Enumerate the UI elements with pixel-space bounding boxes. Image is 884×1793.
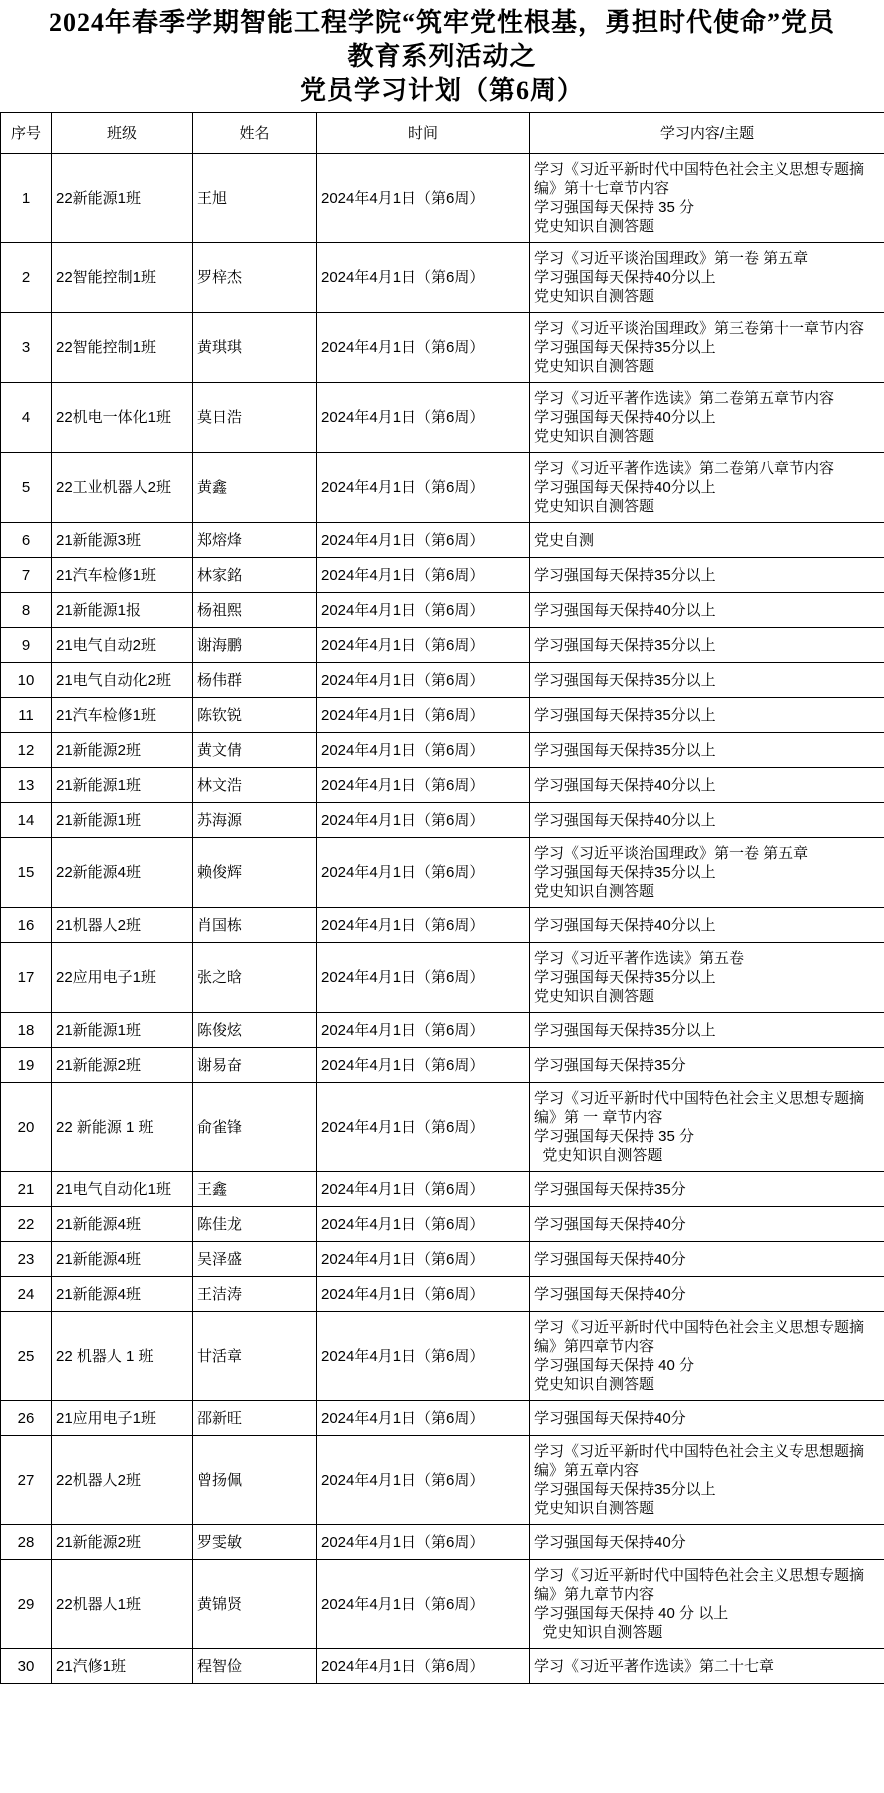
cell-class: 21新能源2班 [52, 733, 193, 768]
cell-class: 21机器人2班 [52, 908, 193, 943]
cell-class: 22智能控制1班 [52, 243, 193, 313]
table-row: 20 22 新能源 1 班 俞雀锋 2024年4月1日（第6周） 学习《习近平新… [1, 1083, 884, 1172]
content-line: 党史知识自测答题 [534, 217, 880, 236]
cell-name: 赖俊辉 [193, 838, 317, 908]
cell-class: 22 新能源 1 班 [52, 1083, 193, 1172]
content-line: 党史知识自测答题 [534, 497, 880, 516]
content-line: 学习《习近平著作选读》第二十七章 [534, 1657, 880, 1676]
cell-name: 罗雯敏 [193, 1525, 317, 1560]
cell-content: 学习强国每天保持35分以上 [530, 1013, 884, 1048]
table-row: 25 22 机器人 1 班 甘活章 2024年4月1日（第6周） 学习《习近平新… [1, 1312, 884, 1401]
cell-time: 2024年4月1日（第6周） [317, 1436, 530, 1525]
cell-class: 21新能源2班 [52, 1525, 193, 1560]
cell-class: 21电气自动化1班 [52, 1172, 193, 1207]
cell-name: 肖国栋 [193, 908, 317, 943]
cell-class: 21新能源2班 [52, 1048, 193, 1083]
content-line: 学习强国每天保持 40 分 以上 [534, 1604, 880, 1623]
cell-time: 2024年4月1日（第6周） [317, 768, 530, 803]
cell-name: 黄文倩 [193, 733, 317, 768]
cell-name: 黄鑫 [193, 453, 317, 523]
cell-time: 2024年4月1日（第6周） [317, 453, 530, 523]
content-line: 学习强国每天保持35分 [534, 1180, 880, 1199]
cell-content: 学习《习近平著作选读》第二十七章 [530, 1649, 884, 1684]
content-line: 学习《习近平谈治国理政》第一卷 第五章 [534, 249, 880, 268]
header-class: 班级 [52, 113, 193, 154]
cell-name: 莫日浩 [193, 383, 317, 453]
cell-time: 2024年4月1日（第6周） [317, 1207, 530, 1242]
content-line: 党史知识自测答题 [534, 1499, 880, 1518]
cell-class: 22机电一体化1班 [52, 383, 193, 453]
cell-index: 18 [1, 1013, 52, 1048]
cell-index: 5 [1, 453, 52, 523]
cell-class: 21新能源1班 [52, 803, 193, 838]
content-line: 学习强国每天保持40分以上 [534, 478, 880, 497]
cell-class: 22新能源4班 [52, 838, 193, 908]
cell-index: 14 [1, 803, 52, 838]
cell-content: 学习强国每天保持40分以上 [530, 908, 884, 943]
table-row: 21 21电气自动化1班 王鑫 2024年4月1日（第6周） 学习强国每天保持3… [1, 1172, 884, 1207]
cell-index: 15 [1, 838, 52, 908]
cell-name: 陈佳龙 [193, 1207, 317, 1242]
cell-content: 学习《习近平著作选读》第五卷学习强国每天保持35分以上党史知识自测答题 [530, 943, 884, 1013]
cell-time: 2024年4月1日（第6周） [317, 803, 530, 838]
cell-class: 21新能源1班 [52, 1013, 193, 1048]
cell-time: 2024年4月1日（第6周） [317, 908, 530, 943]
cell-class: 21电气自动2班 [52, 628, 193, 663]
content-line: 学习强国每天保持40分 [534, 1250, 880, 1269]
cell-index: 13 [1, 768, 52, 803]
content-line: 学习强国每天保持 35 分 [534, 198, 880, 217]
cell-time: 2024年4月1日（第6周） [317, 1048, 530, 1083]
table-row: 3 22智能控制1班 黄琪琪 2024年4月1日（第6周） 学习《习近平谈治国理… [1, 313, 884, 383]
content-line: 学习强国每天保持35分 [534, 1056, 880, 1075]
cell-name: 王旭 [193, 154, 317, 243]
cell-content: 学习强国每天保持40分 [530, 1207, 884, 1242]
cell-index: 12 [1, 733, 52, 768]
cell-class: 22机器人2班 [52, 1436, 193, 1525]
content-line: 党史知识自测答题 [534, 882, 880, 901]
cell-content: 学习强国每天保持40分 [530, 1242, 884, 1277]
cell-index: 25 [1, 1312, 52, 1401]
content-line: 学习《习近平著作选读》第二卷第五章节内容 [534, 389, 880, 408]
table-row: 16 21机器人2班 肖国栋 2024年4月1日（第6周） 学习强国每天保持40… [1, 908, 884, 943]
content-line: 学习强国每天保持40分以上 [534, 601, 880, 620]
cell-name: 陈钦锐 [193, 698, 317, 733]
cell-content: 学习《习近平新时代中国特色社会主义思想专题摘编》第九章节内容学习强国每天保持 4… [530, 1560, 884, 1649]
cell-class: 22机器人1班 [52, 1560, 193, 1649]
content-line: 学习强国每天保持40分以上 [534, 916, 880, 935]
table-body: 1 22新能源1班 王旭 2024年4月1日（第6周） 学习《习近平新时代中国特… [1, 154, 884, 1684]
cell-time: 2024年4月1日（第6周） [317, 154, 530, 243]
table-row: 30 21汽修1班 程智俭 2024年4月1日（第6周） 学习《习近平著作选读》… [1, 1649, 884, 1684]
cell-content: 学习《习近平著作选读》第二卷第八章节内容学习强国每天保持40分以上党史知识自测答… [530, 453, 884, 523]
table-row: 28 21新能源2班 罗雯敏 2024年4月1日（第6周） 学习强国每天保持40… [1, 1525, 884, 1560]
table-row: 22 21新能源4班 陈佳龙 2024年4月1日（第6周） 学习强国每天保持40… [1, 1207, 884, 1242]
cell-content: 学习《习近平谈治国理政》第一卷 第五章学习强国每天保持40分以上党史知识自测答题 [530, 243, 884, 313]
cell-time: 2024年4月1日（第6周） [317, 313, 530, 383]
cell-index: 29 [1, 1560, 52, 1649]
title-line-3: 党员学习计划（第6周） [4, 74, 880, 108]
content-line: 学习强国每天保持 40 分 [534, 1356, 880, 1375]
cell-name: 谢易奋 [193, 1048, 317, 1083]
cell-index: 3 [1, 313, 52, 383]
cell-class: 22工业机器人2班 [52, 453, 193, 523]
content-line: 学习强国每天保持35分以上 [534, 636, 880, 655]
cell-time: 2024年4月1日（第6周） [317, 243, 530, 313]
cell-name: 曾扬佩 [193, 1436, 317, 1525]
cell-content: 学习《习近平著作选读》第二卷第五章节内容学习强国每天保持40分以上党史知识自测答… [530, 383, 884, 453]
content-line: 学习强国每天保持35分以上 [534, 968, 880, 987]
cell-content: 学习强国每天保持35分 [530, 1172, 884, 1207]
cell-index: 6 [1, 523, 52, 558]
cell-name: 陈俊炫 [193, 1013, 317, 1048]
cell-index: 23 [1, 1242, 52, 1277]
table-row: 14 21新能源1班 苏海源 2024年4月1日（第6周） 学习强国每天保持40… [1, 803, 884, 838]
cell-time: 2024年4月1日（第6周） [317, 1649, 530, 1684]
table-row: 5 22工业机器人2班 黄鑫 2024年4月1日（第6周） 学习《习近平著作选读… [1, 453, 884, 523]
content-line: 学习强国每天保持35分以上 [534, 1480, 880, 1499]
table-row: 18 21新能源1班 陈俊炫 2024年4月1日（第6周） 学习强国每天保持35… [1, 1013, 884, 1048]
table-row: 9 21电气自动2班 谢海鹏 2024年4月1日（第6周） 学习强国每天保持35… [1, 628, 884, 663]
cell-index: 22 [1, 1207, 52, 1242]
content-line: 学习《习近平新时代中国特色社会主义专思想题摘编》第五章内容 [534, 1442, 880, 1480]
content-line: 党史知识自测答题 [534, 1623, 880, 1642]
content-line: 学习强国每天保持35分以上 [534, 863, 880, 882]
cell-content: 学习强国每天保持35分以上 [530, 698, 884, 733]
content-line: 党史知识自测答题 [534, 1146, 880, 1165]
content-line: 学习强国每天保持40分以上 [534, 268, 880, 287]
cell-content: 学习强国每天保持40分 [530, 1525, 884, 1560]
cell-index: 2 [1, 243, 52, 313]
cell-content: 党史自测 [530, 523, 884, 558]
header-row: 序号 班级 姓名 时间 学习内容/主题 [1, 113, 884, 154]
table-row: 17 22应用电子1班 张之晗 2024年4月1日（第6周） 学习《习近平著作选… [1, 943, 884, 1013]
cell-name: 黄锦贤 [193, 1560, 317, 1649]
cell-content: 学习强国每天保持40分以上 [530, 803, 884, 838]
content-line: 学习强国每天保持 35 分 [534, 1127, 880, 1146]
cell-time: 2024年4月1日（第6周） [317, 383, 530, 453]
cell-class: 21新能源1班 [52, 768, 193, 803]
cell-content: 学习强国每天保持35分以上 [530, 558, 884, 593]
cell-class: 22应用电子1班 [52, 943, 193, 1013]
cell-time: 2024年4月1日（第6周） [317, 523, 530, 558]
content-line: 党史知识自测答题 [534, 987, 880, 1006]
content-line: 学习《习近平著作选读》第二卷第八章节内容 [534, 459, 880, 478]
cell-index: 27 [1, 1436, 52, 1525]
cell-index: 30 [1, 1649, 52, 1684]
content-line: 学习强国每天保持35分以上 [534, 706, 880, 725]
content-line: 学习强国每天保持35分以上 [534, 1021, 880, 1040]
cell-content: 学习《习近平新时代中国特色社会主义思想专题摘编》第十七章节内容学习强国每天保持 … [530, 154, 884, 243]
cell-class: 21汽车检修1班 [52, 558, 193, 593]
cell-content: 学习强国每天保持35分以上 [530, 628, 884, 663]
table-row: 4 22机电一体化1班 莫日浩 2024年4月1日（第6周） 学习《习近平著作选… [1, 383, 884, 453]
cell-time: 2024年4月1日（第6周） [317, 1560, 530, 1649]
cell-time: 2024年4月1日（第6周） [317, 628, 530, 663]
content-line: 学习强国每天保持40分 [534, 1533, 880, 1552]
cell-class: 21电气自动化2班 [52, 663, 193, 698]
cell-index: 8 [1, 593, 52, 628]
content-line: 学习强国每天保持40分 [534, 1409, 880, 1428]
cell-name: 杨伟群 [193, 663, 317, 698]
cell-class: 21应用电子1班 [52, 1401, 193, 1436]
cell-name: 郑熔烽 [193, 523, 317, 558]
table-row: 12 21新能源2班 黄文倩 2024年4月1日（第6周） 学习强国每天保持35… [1, 733, 884, 768]
content-line: 学习《习近平著作选读》第五卷 [534, 949, 880, 968]
cell-index: 21 [1, 1172, 52, 1207]
cell-name: 张之晗 [193, 943, 317, 1013]
cell-time: 2024年4月1日（第6周） [317, 1312, 530, 1401]
table-row: 15 22新能源4班 赖俊辉 2024年4月1日（第6周） 学习《习近平谈治国理… [1, 838, 884, 908]
table-row: 19 21新能源2班 谢易奋 2024年4月1日（第6周） 学习强国每天保持35… [1, 1048, 884, 1083]
table-row: 7 21汽车检修1班 林家銘 2024年4月1日（第6周） 学习强国每天保持35… [1, 558, 884, 593]
cell-time: 2024年4月1日（第6周） [317, 1083, 530, 1172]
cell-name: 吴泽盛 [193, 1242, 317, 1277]
cell-time: 2024年4月1日（第6周） [317, 1013, 530, 1048]
content-line: 学习强国每天保持40分以上 [534, 408, 880, 427]
cell-time: 2024年4月1日（第6周） [317, 1172, 530, 1207]
cell-content: 学习《习近平新时代中国特色社会主义思想专题摘编》第 一 章节内容学习强国每天保持… [530, 1083, 884, 1172]
cell-class: 21新能源3班 [52, 523, 193, 558]
table-row: 2 22智能控制1班 罗梓杰 2024年4月1日（第6周） 学习《习近平谈治国理… [1, 243, 884, 313]
cell-time: 2024年4月1日（第6周） [317, 663, 530, 698]
cell-class: 21新能源4班 [52, 1207, 193, 1242]
table-row: 6 21新能源3班 郑熔烽 2024年4月1日（第6周） 党史自测 [1, 523, 884, 558]
cell-class: 22新能源1班 [52, 154, 193, 243]
cell-time: 2024年4月1日（第6周） [317, 943, 530, 1013]
content-line: 学习《习近平新时代中国特色社会主义思想专题摘编》第九章节内容 [534, 1566, 880, 1604]
cell-name: 林家銘 [193, 558, 317, 593]
cell-class: 22 机器人 1 班 [52, 1312, 193, 1401]
cell-time: 2024年4月1日（第6周） [317, 1277, 530, 1312]
cell-class: 21新能源1报 [52, 593, 193, 628]
cell-class: 21新能源4班 [52, 1242, 193, 1277]
content-line: 学习《习近平谈治国理政》第三卷第十一章节内容 [534, 319, 880, 338]
cell-name: 罗梓杰 [193, 243, 317, 313]
title-line-1: 2024年春季学期智能工程学院“筑牢党性根基，勇担时代使命”党员 [4, 6, 880, 40]
cell-index: 17 [1, 943, 52, 1013]
cell-class: 21新能源4班 [52, 1277, 193, 1312]
content-line: 党史知识自测答题 [534, 1375, 880, 1394]
content-line: 学习《习近平新时代中国特色社会主义思想专题摘编》第四章节内容 [534, 1318, 880, 1356]
cell-index: 1 [1, 154, 52, 243]
study-plan-table: 序号 班级 姓名 时间 学习内容/主题 1 22新能源1班 王旭 2024年4月… [0, 112, 884, 1684]
cell-name: 程智俭 [193, 1649, 317, 1684]
cell-time: 2024年4月1日（第6周） [317, 838, 530, 908]
cell-content: 学习强国每天保持35分以上 [530, 733, 884, 768]
content-line: 学习强国每天保持40分以上 [534, 776, 880, 795]
cell-time: 2024年4月1日（第6周） [317, 593, 530, 628]
cell-index: 24 [1, 1277, 52, 1312]
content-line: 学习《习近平新时代中国特色社会主义思想专题摘编》第十七章节内容 [534, 160, 880, 198]
cell-name: 林文浩 [193, 768, 317, 803]
content-line: 党史自测 [534, 531, 880, 550]
cell-name: 苏海源 [193, 803, 317, 838]
content-line: 学习《习近平新时代中国特色社会主义思想专题摘编》第 一 章节内容 [534, 1089, 880, 1127]
cell-index: 26 [1, 1401, 52, 1436]
title-line-2: 教育系列活动之 [4, 40, 880, 74]
cell-content: 学习《习近平谈治国理政》第一卷 第五章学习强国每天保持35分以上党史知识自测答题 [530, 838, 884, 908]
cell-content: 学习强国每天保持35分 [530, 1048, 884, 1083]
cell-time: 2024年4月1日（第6周） [317, 558, 530, 593]
table-row: 23 21新能源4班 吴泽盛 2024年4月1日（第6周） 学习强国每天保持40… [1, 1242, 884, 1277]
cell-time: 2024年4月1日（第6周） [317, 698, 530, 733]
cell-time: 2024年4月1日（第6周） [317, 733, 530, 768]
cell-name: 王鑫 [193, 1172, 317, 1207]
cell-name: 黄琪琪 [193, 313, 317, 383]
table-row: 11 21汽车检修1班 陈钦锐 2024年4月1日（第6周） 学习强国每天保持3… [1, 698, 884, 733]
cell-time: 2024年4月1日（第6周） [317, 1401, 530, 1436]
cell-content: 学习《习近平新时代中国特色社会主义思想专题摘编》第四章节内容学习强国每天保持 4… [530, 1312, 884, 1401]
content-line: 学习强国每天保持35分以上 [534, 741, 880, 760]
cell-content: 学习《习近平新时代中国特色社会主义专思想题摘编》第五章内容学习强国每天保持35分… [530, 1436, 884, 1525]
cell-name: 王洁涛 [193, 1277, 317, 1312]
cell-class: 22智能控制1班 [52, 313, 193, 383]
cell-time: 2024年4月1日（第6周） [317, 1525, 530, 1560]
cell-content: 学习强国每天保持35分以上 [530, 663, 884, 698]
table-row: 1 22新能源1班 王旭 2024年4月1日（第6周） 学习《习近平新时代中国特… [1, 154, 884, 243]
header-time: 时间 [317, 113, 530, 154]
table-header: 序号 班级 姓名 时间 学习内容/主题 [1, 113, 884, 154]
content-line: 学习《习近平谈治国理政》第一卷 第五章 [534, 844, 880, 863]
header-name: 姓名 [193, 113, 317, 154]
cell-class: 21汽修1班 [52, 1649, 193, 1684]
cell-content: 学习强国每天保持40分以上 [530, 593, 884, 628]
content-line: 学习强国每天保持35分以上 [534, 566, 880, 585]
table-row: 26 21应用电子1班 邵新旺 2024年4月1日（第6周） 学习强国每天保持4… [1, 1401, 884, 1436]
cell-name: 甘活章 [193, 1312, 317, 1401]
cell-content: 学习强国每天保持40分 [530, 1277, 884, 1312]
content-line: 党史知识自测答题 [534, 427, 880, 446]
cell-content: 学习《习近平谈治国理政》第三卷第十一章节内容学习强国每天保持35分以上党史知识自… [530, 313, 884, 383]
cell-index: 19 [1, 1048, 52, 1083]
table-row: 24 21新能源4班 王洁涛 2024年4月1日（第6周） 学习强国每天保持40… [1, 1277, 884, 1312]
cell-name: 谢海鹏 [193, 628, 317, 663]
table-row: 8 21新能源1报 杨祖熙 2024年4月1日（第6周） 学习强国每天保持40分… [1, 593, 884, 628]
cell-index: 7 [1, 558, 52, 593]
cell-index: 28 [1, 1525, 52, 1560]
document-title: 2024年春季学期智能工程学院“筑牢党性根基，勇担时代使命”党员 教育系列活动之… [0, 0, 884, 112]
cell-content: 学习强国每天保持40分 [530, 1401, 884, 1436]
content-line: 学习强国每天保持40分以上 [534, 811, 880, 830]
content-line: 党史知识自测答题 [534, 357, 880, 376]
content-line: 学习强国每天保持40分 [534, 1215, 880, 1234]
header-content: 学习内容/主题 [530, 113, 884, 154]
content-line: 学习强国每天保持35分以上 [534, 671, 880, 690]
content-line: 党史知识自测答题 [534, 287, 880, 306]
header-index: 序号 [1, 113, 52, 154]
cell-time: 2024年4月1日（第6周） [317, 1242, 530, 1277]
content-line: 学习强国每天保持40分 [534, 1285, 880, 1304]
cell-name: 杨祖熙 [193, 593, 317, 628]
cell-index: 9 [1, 628, 52, 663]
cell-index: 4 [1, 383, 52, 453]
table-row: 27 22机器人2班 曾扬佩 2024年4月1日（第6周） 学习《习近平新时代中… [1, 1436, 884, 1525]
cell-class: 21汽车检修1班 [52, 698, 193, 733]
cell-index: 16 [1, 908, 52, 943]
cell-content: 学习强国每天保持40分以上 [530, 768, 884, 803]
cell-index: 10 [1, 663, 52, 698]
cell-name: 俞雀锋 [193, 1083, 317, 1172]
cell-index: 20 [1, 1083, 52, 1172]
cell-name: 邵新旺 [193, 1401, 317, 1436]
table-row: 29 22机器人1班 黄锦贤 2024年4月1日（第6周） 学习《习近平新时代中… [1, 1560, 884, 1649]
table-row: 10 21电气自动化2班 杨伟群 2024年4月1日（第6周） 学习强国每天保持… [1, 663, 884, 698]
content-line: 学习强国每天保持35分以上 [534, 338, 880, 357]
cell-index: 11 [1, 698, 52, 733]
table-row: 13 21新能源1班 林文浩 2024年4月1日（第6周） 学习强国每天保持40… [1, 768, 884, 803]
